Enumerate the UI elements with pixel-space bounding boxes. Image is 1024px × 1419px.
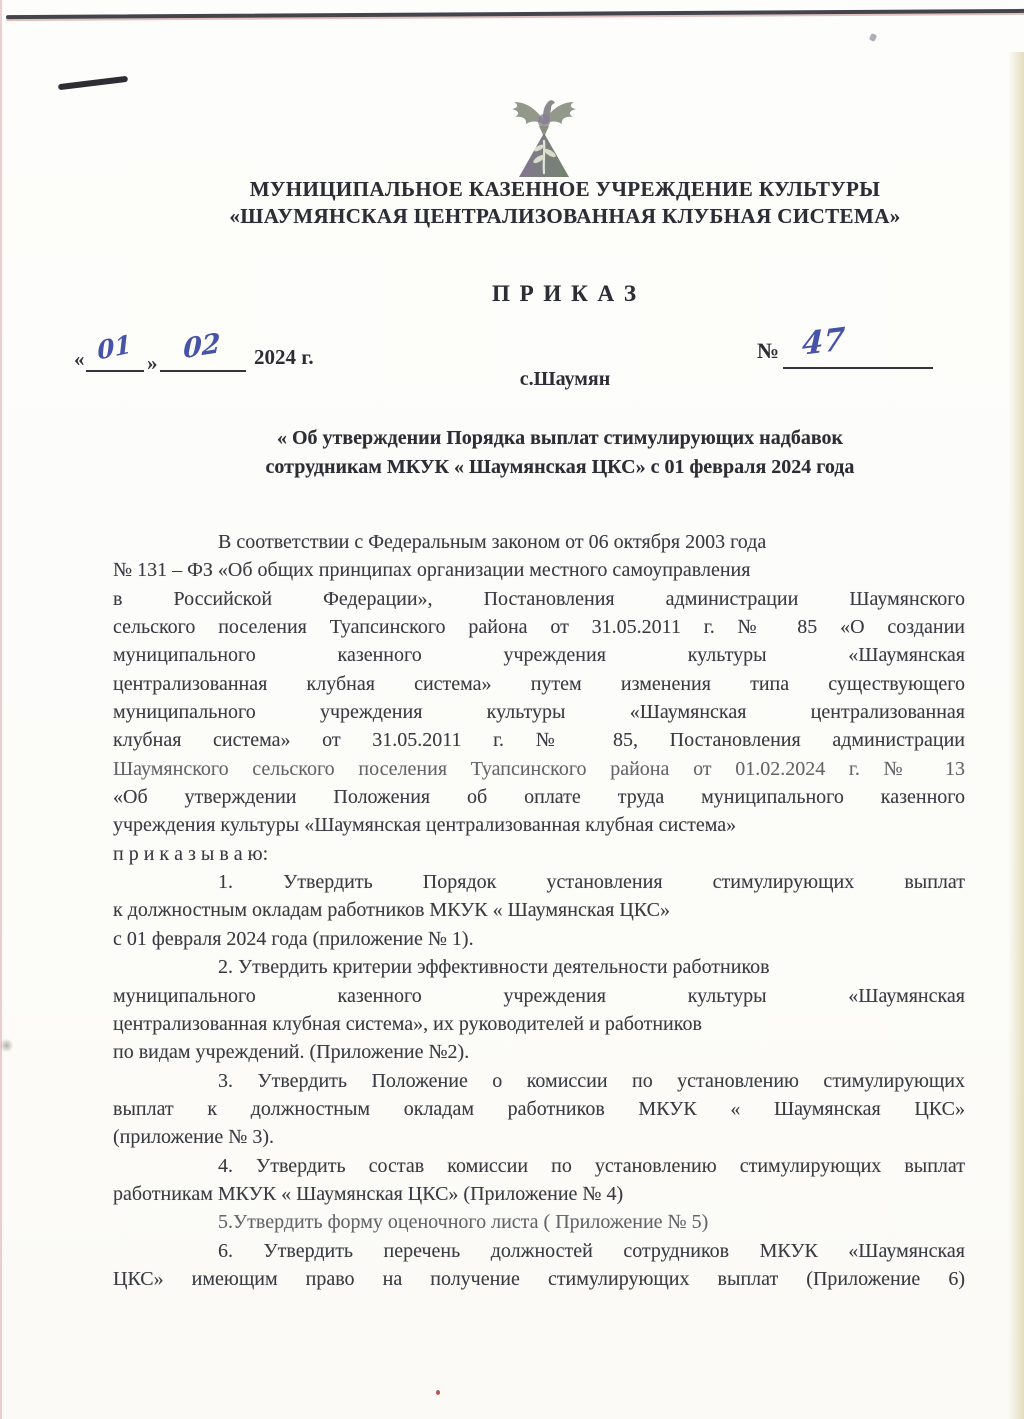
body-line: сельского поселения Туапсинского района … [113,616,965,644]
body-line: клубная система» от 31.05.2011 г. № 85, … [113,729,965,757]
body-line: 6. Утвердить перечень должностей сотрудн… [113,1240,965,1268]
body-line: ЦКС» имеющим право на получение стимулир… [113,1268,965,1296]
body-line: муниципального казенного учреждения куль… [113,644,965,672]
body-line: 4. Утвердить состав комиссии по установл… [113,1155,965,1183]
scan-edge-top [6,9,1024,19]
body-line: к должностным окладам работников МКУК « … [113,899,965,927]
org-name: МУНИЦИПАЛЬНОЕ КАЗЕННОЕ УЧРЕЖДЕНИЕ КУЛЬТУ… [110,176,1020,230]
small-ink-mark [869,33,877,42]
body-line: централизованная клубная система», их ру… [113,1013,965,1041]
body-line: работникам МКУК « Шаумянская ЦКС» (Прило… [113,1183,965,1211]
date-open-quote: « [74,347,85,372]
scanned-order-document: МУНИЦИПАЛЬНОЕ КАЗЕННОЕ УЧРЕЖДЕНИЕ КУЛЬТУ… [0,0,1024,1419]
smudge-mark [0,1038,13,1053]
handwritten-month: 02 [183,328,221,365]
body-line: В соответствии с Федеральным законом от … [113,531,965,559]
subject-line2: сотрудникам МКУК « Шаумянская ЦКС» с 01 … [110,453,1010,482]
body-line: муниципального учреждения культуры «Шаум… [113,701,965,729]
red-dot-mark [436,1390,440,1395]
body-line: «Об утверждении Положения об оплате труд… [113,786,965,814]
body-line: централизованная клубная система» путем … [113,673,965,701]
order-subject: « Об утверждении Порядка выплат стимулир… [110,424,1010,482]
body-line: муниципального казенного учреждения куль… [113,985,965,1013]
body-line: Шаумянского сельского поселения Туапсинс… [113,758,965,786]
body-line: 1. Утвердить Порядок установления стимул… [113,871,965,899]
org-name-line1: МУНИЦИПАЛЬНОЕ КАЗЕННОЕ УЧРЕЖДЕНИЕ КУЛЬТУ… [110,176,1020,203]
body-line: по видам учреждений. (Приложение №2). [113,1041,965,1069]
body-line: 3. Утвердить Положение о комиссии по уст… [113,1070,965,1098]
body-line: 2. Утвердить критерии эффективности деят… [113,956,965,984]
body-line: 5.Утвердить форму оценочного листа ( При… [113,1211,965,1239]
body-line: с 01 февраля 2024 года (приложение № 1). [113,928,965,956]
body-line: (приложение № 3). [113,1126,965,1154]
scan-edge-right [1008,52,1024,1419]
body-line: № 131 – ФЗ «Об общих принципах организац… [113,559,965,587]
coat-of-arms-icon [499,91,589,181]
document-title: П Р И К А З [115,281,1015,307]
pen-mark [58,76,128,90]
org-name-line2: «ШАУМЯНСКАЯ ЦЕНТРАЛИЗОВАННАЯ КЛУБНАЯ СИС… [110,203,1020,230]
body-line: в Российской Федерации», Постановления а… [113,588,965,616]
number-label: № [757,338,779,364]
place-name: с.Шаумян [115,368,1015,391]
body-line: учреждения культуры «Шаумянская централи… [113,814,965,842]
body-line: п р и к а з ы в а ю: [113,843,965,871]
body-line: выплат к должностным окладам работников … [113,1098,965,1126]
subject-line1: « Об утверждении Порядка выплат стимулир… [110,424,1010,453]
scan-edge-left [0,0,2,1419]
date-year: 2024 г. [254,345,314,370]
order-body: В соответствии с Федеральным законом от … [113,531,965,1296]
handwritten-number: 47 [802,321,846,363]
